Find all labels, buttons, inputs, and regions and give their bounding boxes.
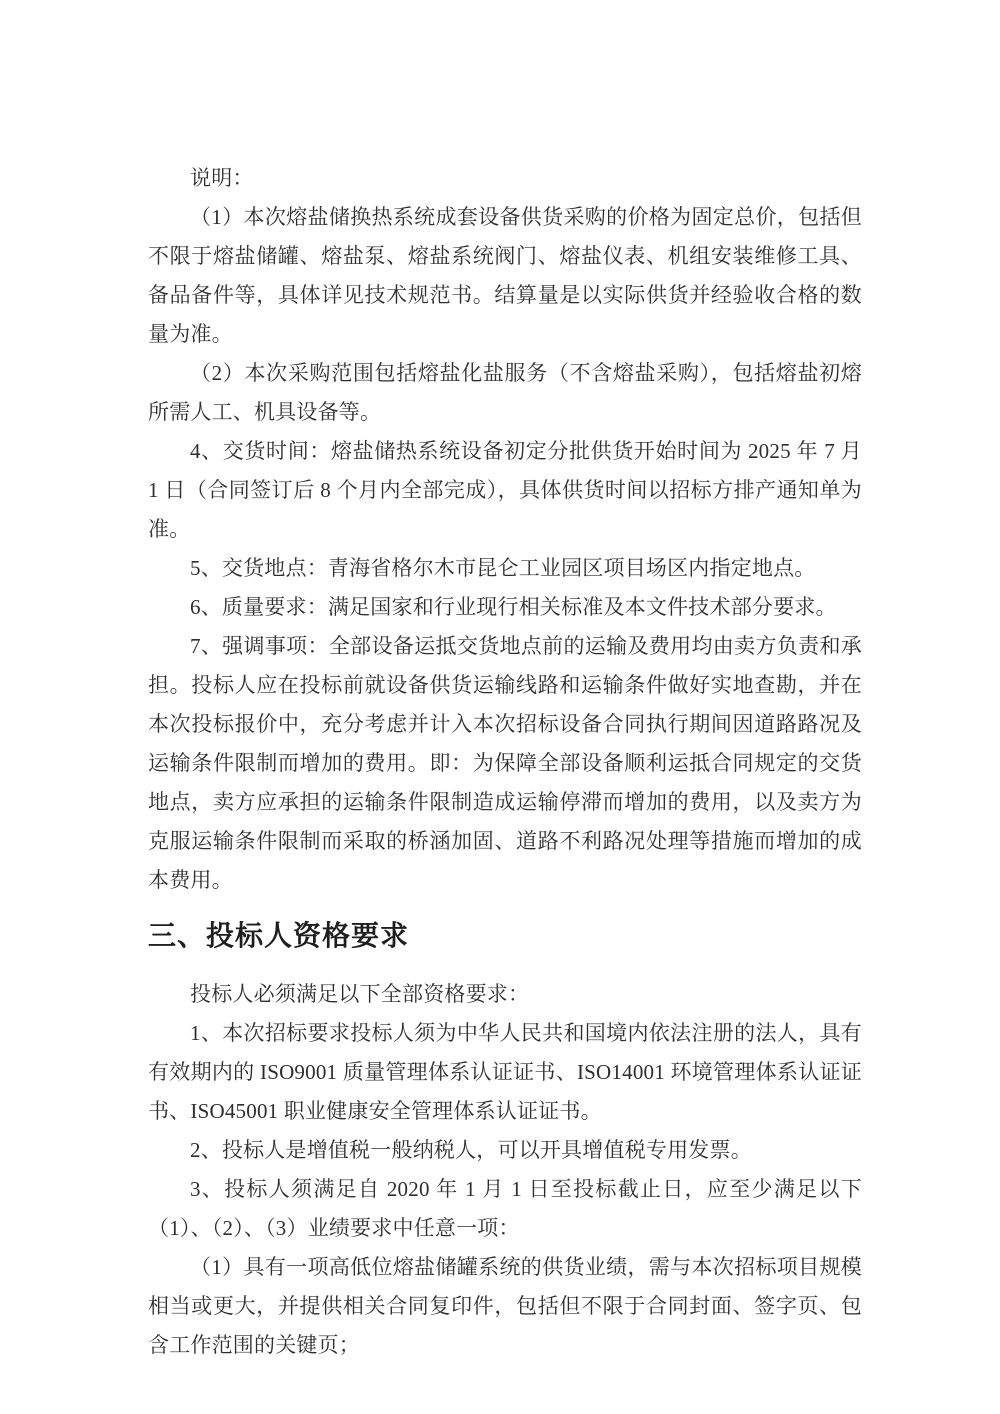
- paragraph: （1）具有一项高低位熔盐储罐系统的供货业绩，需与本次招标项目规模相当或更大，并提…: [148, 1248, 862, 1365]
- paragraph: 说明：: [148, 159, 862, 198]
- document-page: 说明：（1）本次熔盐储换热系统成套设备供货采购的价格为固定总价，包括但不限于熔盐…: [0, 0, 1000, 1414]
- paragraph: 6、质量要求：满足国家和行业现行相关标准及本文件技术部分要求。: [148, 588, 862, 627]
- paragraph: （2）本次采购范围包括熔盐化盐服务（不含熔盐采购），包括熔盐初熔所需人工、机具设…: [148, 354, 862, 432]
- paragraph: 3、投标人须满足自 2020 年 1 月 1 日至投标截止日，应至少满足以下（1…: [148, 1170, 862, 1248]
- paragraph: 2、投标人是增值税一般纳税人，可以开具增值税专用发票。: [148, 1131, 862, 1170]
- paragraph: 5、交货地点：青海省格尔木市昆仑工业园区项目场区内指定地点。: [148, 549, 862, 588]
- paragraph: 7、强调事项：全部设备运抵交货地点前的运输及费用均由卖方负责和承担。投标人应在投…: [148, 627, 862, 900]
- paragraph: 投标人必须满足以下全部资格要求：: [148, 975, 862, 1014]
- section-heading: 三、投标人资格要求: [148, 921, 862, 953]
- paragraph: 4、交货时间：熔盐储热系统设备初定分批供货开始时间为 2025 年 7 月 1 …: [148, 432, 862, 549]
- paragraph: 1、本次招标要求投标人须为中华人民共和国境内依法注册的法人，具有有效期内的 IS…: [148, 1014, 862, 1131]
- document-body: 说明：（1）本次熔盐储换热系统成套设备供货采购的价格为固定总价，包括但不限于熔盐…: [148, 159, 862, 1365]
- paragraph: （1）本次熔盐储换热系统成套设备供货采购的价格为固定总价，包括但不限于熔盐储罐、…: [148, 198, 862, 354]
